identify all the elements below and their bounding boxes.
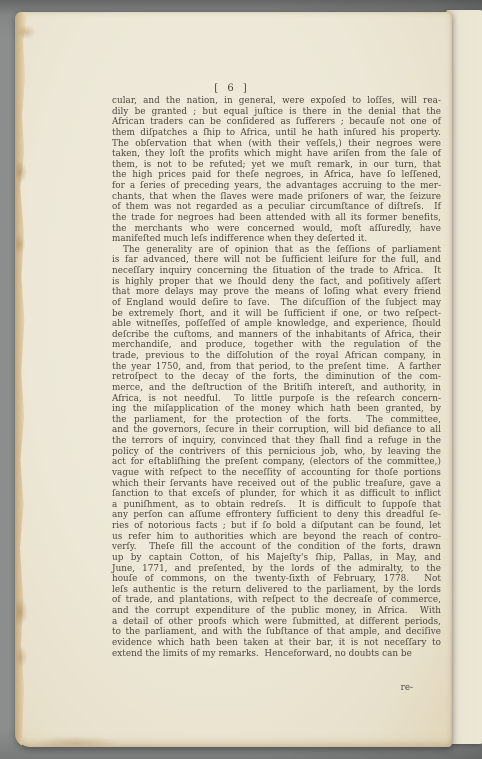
text-line: the high prices paid for theſe negroes, … bbox=[112, 170, 441, 181]
text-line: verſy. Theſe fill the account of the con… bbox=[112, 542, 441, 553]
catchword: re- bbox=[112, 683, 441, 693]
text-line: The generality are of opinion that as th… bbox=[112, 245, 441, 256]
text-line: neceſſary inquiry concerning the ſituati… bbox=[112, 266, 441, 277]
text-line: a puniſhment, as to obtain redreſs. It i… bbox=[112, 500, 441, 511]
text-line: houſe of commons, on the twenty-ſixth of… bbox=[112, 574, 441, 585]
text-line: merce, and the deſtruction of the Britiſ… bbox=[112, 383, 441, 394]
document-page: [ 6 ] cular, and the nation, in general,… bbox=[16, 12, 452, 747]
text-line: Africa, is not needful. To little purpoſ… bbox=[112, 394, 441, 405]
text-line: a detail of other proofs which were ſubm… bbox=[112, 617, 441, 628]
text-line: up by captain Cotton, of his Majeſty's ſ… bbox=[112, 553, 441, 564]
text-line: vague with reſpect to the neceſſity of a… bbox=[112, 468, 441, 479]
text-line: is far advanced, there will not be ſuffi… bbox=[112, 255, 441, 266]
text-line: evidence which hath been taken at their … bbox=[112, 638, 441, 649]
text-line: them, is not to be refuted; yet we muſt … bbox=[112, 160, 441, 171]
text-line: of trade, and plantations, with reſpect … bbox=[112, 595, 441, 606]
text-line: is highly proper that we ſhould deny the… bbox=[112, 277, 441, 288]
deckle-edge bbox=[15, 12, 28, 747]
text-line: policy of the contrivers of this pernici… bbox=[112, 447, 441, 458]
text-line: the year 1750, and, from that period, to… bbox=[112, 362, 441, 373]
text-line: the parliament, for the protection of th… bbox=[112, 415, 441, 426]
text-line: the trade for negroes had been attended … bbox=[112, 213, 441, 224]
text-line: and the corrupt expenditure of the publi… bbox=[112, 606, 441, 617]
text-line: extend the limits of my remarks. Hencefo… bbox=[112, 649, 441, 660]
text-line: them diſpatches a ſhip to Africa, until … bbox=[112, 128, 441, 139]
text-line: taken, they loſt the profits which might… bbox=[112, 149, 441, 160]
text-line: act for eſtabliſhing the preſent company… bbox=[112, 457, 441, 468]
text-line: merchandiſe, and produce, together with … bbox=[112, 340, 441, 351]
text-line: dily be granted ; but equal juſtice is t… bbox=[112, 107, 441, 118]
text-line: to the parliament, and with the ſubſtanc… bbox=[112, 627, 441, 638]
text-line: that more delays may prove the means of … bbox=[112, 287, 441, 298]
text-line: leſs authentic is the return delivered t… bbox=[112, 585, 441, 596]
text-line: for a ſeries of preceding years, the adv… bbox=[112, 181, 441, 192]
text-line: retroſpect to the decay of the forts, th… bbox=[112, 372, 441, 383]
text-line: ing the miſapplication of the money whic… bbox=[112, 404, 441, 415]
text-line: trade, previous to the diſſolution of th… bbox=[112, 351, 441, 362]
text-line: which their ſervants have received out o… bbox=[112, 479, 441, 490]
text-line: African traders can be conſidered as ſuf… bbox=[112, 117, 441, 128]
text-line: deſcribe the cuſtoms, and manners of the… bbox=[112, 330, 441, 341]
text-line: be extremely ſhort, and it will be ſuffi… bbox=[112, 309, 441, 320]
text-line: able witneſſes, poſſeſſed of ample knowl… bbox=[112, 319, 441, 330]
text-line: and the governors, ſecure in their corru… bbox=[112, 425, 441, 436]
text-line: manifeſted much leſs indifference when t… bbox=[112, 234, 441, 245]
scan-background: [ 6 ] cular, and the nation, in general,… bbox=[0, 0, 482, 759]
text-line: of England would deſire to ſave. The diſ… bbox=[112, 298, 441, 309]
page-number: [ 6 ] bbox=[192, 83, 272, 94]
text-line: the terrors of inquiry, convinced that t… bbox=[112, 436, 441, 447]
text-line: us refer him to authorities which are be… bbox=[112, 532, 441, 543]
text-line: ries of notorious facts ; but if ſo bold… bbox=[112, 521, 441, 532]
text-line: the merchants who were concerned would, … bbox=[112, 224, 441, 235]
text-line: chants, that when the ſlaves were made p… bbox=[112, 192, 441, 203]
text-line: of them was not regarded as a peculiar c… bbox=[112, 202, 441, 213]
text-line: cular, and the nation, in general, were … bbox=[112, 96, 441, 107]
text-line: June, 1771, and preſented, by the lords … bbox=[112, 564, 441, 575]
text-line: The obſervation that when (with their ve… bbox=[112, 139, 441, 150]
text-block: cular, and the nation, in general, were … bbox=[112, 96, 441, 659]
text-line: ſanction to that exceſs of plunder, for … bbox=[112, 489, 441, 500]
text-line: any perſon can aſſume effrontery ſuffici… bbox=[112, 510, 441, 521]
